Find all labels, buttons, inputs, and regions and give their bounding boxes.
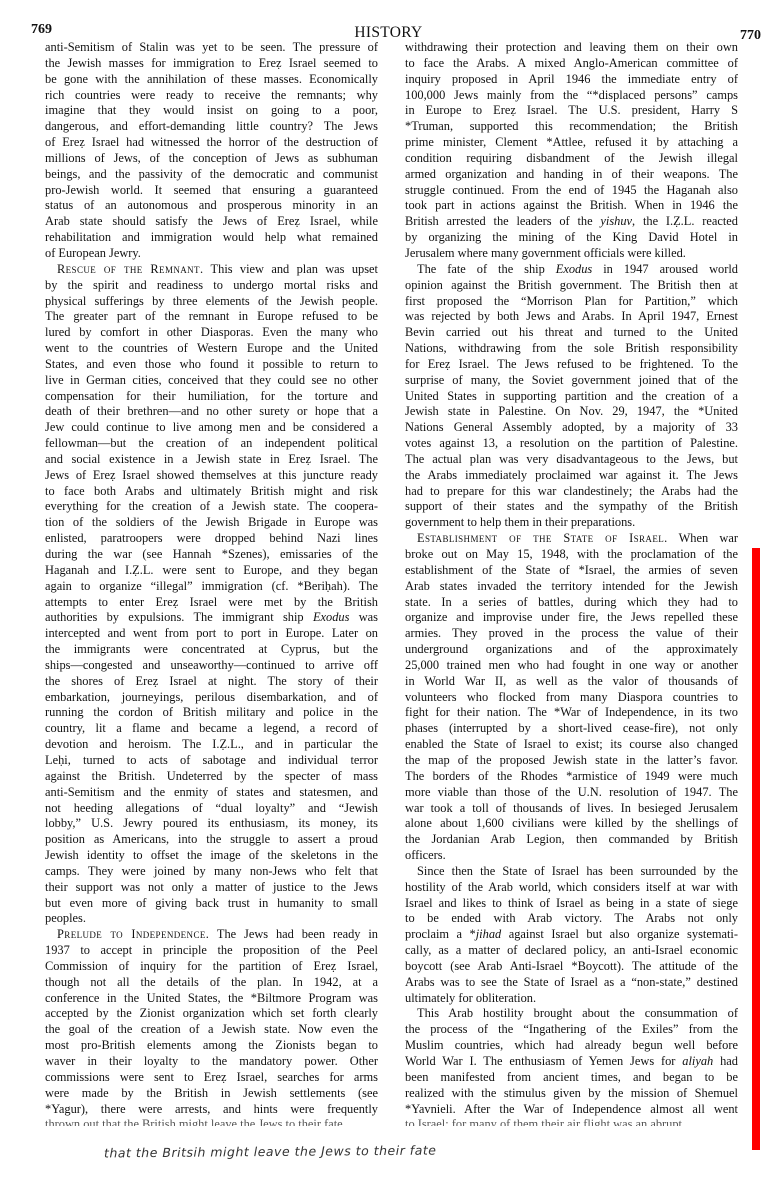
text-line: Leḥi, turned to acts of sabotage and ind… (45, 753, 378, 769)
text-line: lured by comfort in other Diasporas. Eve… (45, 325, 378, 341)
text-line: realized with the stimulus given by the … (405, 1086, 738, 1102)
text-line: the Jewish masses for immigration to Ere… (45, 56, 378, 72)
line-text: The greater part of the remnant in Europ… (45, 309, 378, 323)
text-line: tion of the soldiers of the Jewish Briga… (45, 515, 378, 531)
line-text: The actual plan was very disadvantageous… (405, 452, 738, 466)
text-line: 100,000 Jews mainly from the “*displaced… (405, 88, 738, 104)
line-text: The fate of the ship (417, 262, 556, 276)
text-line: went to the countries of Western Europe … (45, 341, 378, 357)
line-text: the shores of Ereẓ Israel at night. The … (45, 674, 378, 688)
text-line: Arab state should satisfy the Jews of Er… (45, 214, 378, 230)
line-text: of European Jewry. (45, 246, 141, 260)
line-text: live in German cities, conceived that th… (45, 373, 378, 387)
text-line: thrown out that the British might leave … (45, 1117, 378, 1126)
line-text: underground organizations and of the app… (405, 642, 738, 656)
text-line: the Arabs immediately proclaimed war aga… (405, 468, 738, 484)
line-text: fellowman—but the creation of an indepen… (45, 436, 378, 450)
text-line: to Israel; for many of them their air fl… (405, 1117, 738, 1126)
text-line: their support was not only a matter of j… (45, 880, 378, 896)
line-text: hostility of the Arab world, which consi… (405, 880, 738, 894)
line-text: more viable than those of the U.N. resol… (405, 785, 738, 799)
line-text: status of an autonomous and prosperous m… (45, 198, 378, 212)
line-text: government to help them in their prepara… (405, 515, 635, 529)
line-text: to be ended with Arab victory. The Arabs… (405, 911, 738, 925)
section-heading: Prelude to Independence. (57, 927, 209, 941)
text-line: devotion and heroism. The I.Ẓ.L., and in… (45, 737, 378, 753)
line-text: lobby,” U.S. Jewry poured its enthusiasm… (45, 816, 378, 830)
line-text: lured by comfort in other Diasporas. Eve… (45, 325, 378, 339)
line-text: Jewish identity to offset the image of t… (45, 848, 378, 862)
line-text: beings, and the passivity of the democra… (45, 167, 378, 181)
line-text: officers. (405, 848, 446, 862)
text-line: in Europe to Ereẓ Israel. The U.S. presi… (405, 103, 738, 119)
text-line: death of their brethren—and no other sur… (45, 404, 378, 420)
text-line: position as Americans, into the struggle… (45, 832, 378, 848)
line-text: inquiry proposed in April 1946 the immed… (405, 72, 738, 86)
text-line: pro-Jewish world. It seemed that ensurin… (45, 183, 378, 199)
text-line: Jewish identity to offset the image of t… (45, 848, 378, 864)
line-text: Arab state should satisfy the Jews of Er… (45, 214, 378, 228)
line-text: Jews of Ereẓ Israel showed themselves at… (45, 468, 378, 482)
line-text: the Arabs immediately proclaimed war aga… (405, 468, 738, 482)
text-line: The fate of the ship Exodus in 1947 arou… (405, 262, 738, 278)
line-text: Haganah and I.Ẓ.L. were sent to Europe, … (45, 563, 378, 577)
line-text: of Ereẓ Israel had witnessed the horror … (45, 135, 378, 149)
text-line: though not all the details of the plan. … (45, 975, 378, 991)
line-text: had (713, 1054, 738, 1068)
line-text: camps. They were joined by many non-Jews… (45, 864, 378, 878)
line-text: physical sufferings by three elements of… (45, 294, 378, 308)
line-text: Bevin carried out his threat and turned … (405, 325, 738, 339)
line-text: volunteers who flocked from many Diaspor… (405, 690, 738, 704)
line-text: Jew could continue to live among men and… (45, 420, 378, 434)
page-header: 769 HISTORY 770 (0, 0, 777, 40)
line-text: had to prepare for this war clandestinel… (405, 484, 738, 498)
text-line: the map of the proposed Jewish state in … (405, 753, 738, 769)
line-text: their support was not only a matter of j… (45, 880, 378, 894)
text-line: proclaim a *jihad against Israel but als… (405, 927, 738, 943)
text-line: boycott (see Arab Anti-Israel *Boycott).… (405, 959, 738, 975)
line-text: accepted by the Zionist organization whi… (45, 1006, 378, 1020)
line-text: *Yagur), there were arrests, and hints w… (45, 1102, 378, 1116)
text-line: Commission of inquiry for the partition … (45, 959, 378, 975)
text-line: This Arab hostility brought about the co… (405, 1006, 738, 1022)
text-line: in World War II, as well as the valor of… (405, 674, 738, 690)
text-line: the immigrants were concentrated at Cypr… (45, 642, 378, 658)
line-text: the goal of the creation of a Jewish sta… (45, 1022, 378, 1036)
line-text: though not all the details of the plan. … (45, 975, 378, 989)
text-line: rehabilitation and immigration would hel… (45, 230, 378, 246)
line-text: 1937 to accept in principle the proposit… (45, 943, 378, 957)
text-line: underground organizations and of the app… (405, 642, 738, 658)
line-text: *Yavnieli. After the War of Independence… (405, 1102, 738, 1116)
line-text: the Jewish masses for immigration to Ere… (45, 56, 378, 70)
text-line: Israel and likes to think of Israel as b… (405, 896, 738, 912)
line-text: state. In a series of battles, during wh… (405, 595, 738, 609)
text-line: Arab states invaded the territory intend… (405, 579, 738, 595)
line-text: 100,000 Jews mainly from the “*displaced… (405, 88, 738, 102)
line-text: enabled the State of Israel to exist; it… (405, 737, 738, 751)
text-line: enabled the State of Israel to exist; it… (405, 737, 738, 753)
line-text: World War I. The enthusiasm of Yemen Jew… (405, 1054, 682, 1068)
text-line: beings, and the passivity of the democra… (45, 167, 378, 183)
line-text: in Europe to Ereẓ Israel. The U.S. presi… (405, 103, 738, 117)
line-text: boycott (see Arab Anti-Israel *Boycott).… (405, 959, 738, 973)
line-text: be gone with the annihilation of these m… (45, 72, 378, 86)
line-text: votes against 13, a resolution on the pa… (405, 436, 738, 450)
text-column-right: withdrawing their protection and leaving… (405, 40, 738, 1126)
line-text: support of their states and the sympathy… (405, 499, 738, 513)
line-text: the map of the proposed Jewish state in … (405, 753, 738, 767)
text-line: ultimately for obliteration. (405, 991, 738, 1007)
line-text: authorities by expulsions. The immigrant… (45, 610, 313, 624)
text-line: prime minister, Clement *Attlee, refused… (405, 135, 738, 151)
line-text: in World War II, as well as the valor of… (405, 674, 738, 688)
text-line: The greater part of the remnant in Europ… (45, 309, 378, 325)
text-line: The borders of the Rhodes *armistice of … (405, 769, 738, 785)
text-line: to face the Arabs. A mixed Anglo-America… (405, 56, 738, 72)
text-line: Rescue of the Remnant. This view and pla… (45, 262, 378, 278)
text-line: more viable than those of the U.N. resol… (405, 785, 738, 801)
line-text: Nations, withdrawing from the sole Briti… (405, 341, 738, 355)
line-text: most pro-British elements among the Zion… (45, 1038, 378, 1052)
line-text: attempts to enter Ereẓ Israel were met b… (45, 595, 378, 609)
line-text: embarkation, journeyings, perilous disem… (45, 690, 378, 704)
line-text: war took a toll of thousands of lives. I… (405, 801, 738, 815)
line-text: waver in their loyalty to the mandatory … (45, 1054, 378, 1068)
line-text: *Truman, supported this recommendation; … (405, 119, 738, 133)
line-text: by the spirit and readiness to undergo m… (45, 278, 378, 292)
line-text: struggle continued. From the end of 1945… (405, 183, 738, 197)
text-line: *Yagur), there were arrests, and hints w… (45, 1102, 378, 1118)
line-text: ultimately for obliteration. (405, 991, 536, 1005)
italic-term: Exodus (313, 610, 349, 624)
line-text: Since then the State of Israel has been … (417, 864, 738, 878)
line-text: enlisted, paratroopers were dropped behi… (45, 531, 378, 545)
line-text: organize and improvise under fire, the J… (405, 610, 738, 624)
line-text: surprise of many, the Soviet government … (405, 373, 738, 387)
text-line: Haganah and I.Ẓ.L. were sent to Europe, … (45, 563, 378, 579)
line-text: first proposed the “Morrison Plan for Pa… (405, 294, 738, 308)
section-heading: Establishment of the State of Israel. (417, 531, 668, 545)
text-line: to be ended with Arab victory. The Arabs… (405, 911, 738, 927)
line-text: Commission of inquiry for the partition … (45, 959, 378, 973)
text-line: embarkation, journeyings, perilous disem… (45, 690, 378, 706)
text-line: *Truman, supported this recommendation; … (405, 119, 738, 135)
text-line: dangerous, and effort-demanding little c… (45, 119, 378, 135)
line-text: against the British. Undeterred by the s… (45, 769, 378, 783)
text-line: officers. (405, 848, 738, 864)
text-line: phases (interrupted by a short-lived cea… (405, 721, 738, 737)
text-line: government to help them in their prepara… (405, 515, 738, 531)
line-text: Jerusalem where many government official… (405, 246, 686, 260)
text-line: alone about 1,600 civilians were killed … (405, 816, 738, 832)
line-text: cally, as a matter of declared policy, a… (405, 943, 738, 957)
line-text: armed organization and handing in of the… (405, 167, 738, 181)
line-text: prime minister, Clement *Attlee, refused… (405, 135, 738, 149)
line-text: dangerous, and effort-demanding little c… (45, 119, 378, 133)
text-line: be gone with the annihilation of these m… (45, 72, 378, 88)
line-text: compensation for their humiliation, for … (45, 389, 378, 403)
italic-term: yishuv (600, 214, 632, 228)
text-line: status of an autonomous and prosperous m… (45, 198, 378, 214)
text-line: condition requiring disbandment of the J… (405, 151, 738, 167)
line-text: ships—congested and unseaworthy—continue… (45, 658, 378, 672)
text-line: rich countries were ready to receive the… (45, 88, 378, 104)
text-line: were made by the British in Jewish settl… (45, 1086, 378, 1102)
text-line: anti-Semitism of Stalin was yet to be se… (45, 40, 378, 56)
text-line: been manifested from ancient times, and … (405, 1070, 738, 1086)
line-text: conference in the United States, the *Bi… (45, 991, 378, 1005)
line-text: but even more of giving back trust in hu… (45, 896, 378, 910)
line-text: Muslim countries, which had already begu… (405, 1038, 738, 1052)
line-text: anti-Semitism of Stalin was yet to be se… (45, 40, 378, 54)
text-line: imagine that they would insist on going … (45, 103, 378, 119)
text-line: armed organization and handing in of the… (405, 167, 738, 183)
line-text: armies. They proved in the process the v… (405, 626, 738, 640)
text-line: of European Jewry. (45, 246, 378, 262)
line-text: , the I.Ẓ.L. reacted (632, 214, 738, 228)
text-line: hostility of the Arab world, which consi… (405, 880, 738, 896)
text-line: camps. They were joined by many non-Jews… (45, 864, 378, 880)
line-text: running the cordon of British military a… (45, 705, 378, 719)
handwritten-annotation: that the Britsih might leave the Jews to… (104, 1143, 437, 1161)
text-line: broke out on May 15, 1948, with the proc… (405, 547, 738, 563)
line-text: thrown out that the British might leave … (45, 1117, 343, 1126)
text-line: country, lit a flame and became a legend… (45, 721, 378, 737)
text-line: for Ereẓ Israel. The Jews refused to be … (405, 357, 738, 373)
line-text: When war (668, 531, 738, 545)
text-line: enlisted, paratroopers were dropped behi… (45, 531, 378, 547)
line-text: by organizing the mining of the King Dav… (405, 230, 738, 244)
italic-term: aliyah (682, 1054, 713, 1068)
text-line: armies. They proved in the process the v… (405, 626, 738, 642)
line-text: withdrawing their protection and leaving… (405, 40, 738, 54)
line-text: imagine that they would insist on going … (45, 103, 378, 117)
text-line: by organizing the mining of the King Dav… (405, 230, 738, 246)
text-line: Nations General Assembly adopted, by a m… (405, 420, 738, 436)
line-text: the Jordanian Arab Legion, then commande… (405, 832, 738, 846)
text-line: States, and even those who found it poss… (45, 357, 378, 373)
text-line: peoples. (45, 911, 378, 927)
line-text: The borders of the Rhodes *armistice of … (405, 769, 738, 783)
line-text: pro-Jewish world. It seemed that ensurin… (45, 183, 378, 197)
text-line: running the cordon of British military a… (45, 705, 378, 721)
line-text: proclaim a * (405, 927, 476, 941)
line-text: broke out on May 15, 1948, with the proc… (405, 547, 738, 561)
text-line: lobby,” U.S. Jewry poured its enthusiasm… (45, 816, 378, 832)
line-text: Leḥi, turned to acts of sabotage and ind… (45, 753, 378, 767)
line-text: condition requiring disbandment of the J… (405, 151, 738, 165)
line-text: alone about 1,600 civilians were killed … (405, 816, 738, 830)
line-text: and social existence in a Jewish state i… (45, 452, 378, 466)
text-line: to face both Arabs and ultimately Britis… (45, 484, 378, 500)
line-text: the immigrants were concentrated at Cypr… (45, 642, 378, 656)
line-text: rich countries were ready to receive the… (45, 88, 378, 102)
text-line: but even more of giving back trust in hu… (45, 896, 378, 912)
line-text: for Ereẓ Israel. The Jews refused to be … (405, 357, 738, 371)
text-line: most pro-British elements among the Zion… (45, 1038, 378, 1054)
text-line: Arabs was to see the State of Israel as … (405, 975, 738, 991)
line-text: 25,000 trained men who had fought in one… (405, 658, 738, 672)
text-line: volunteers who flocked from many Diaspor… (405, 690, 738, 706)
text-line: ships—congested and unseaworthy—continue… (45, 658, 378, 674)
text-line: the goal of the creation of a Jewish sta… (45, 1022, 378, 1038)
text-line: struggle continued. From the end of 1945… (405, 183, 738, 199)
text-line: the process of the “Ingathering of the E… (405, 1022, 738, 1038)
text-line: Muslim countries, which had already begu… (405, 1038, 738, 1054)
text-line: The actual plan was very disadvantageous… (405, 452, 738, 468)
text-line: intercepted and went from port to port i… (45, 626, 378, 642)
line-text: This Arab hostility brought about the co… (417, 1006, 738, 1020)
line-text: country, lit a flame and became a legend… (45, 721, 378, 735)
line-text: commissions were sent to Ereẓ Israel, se… (45, 1070, 378, 1084)
line-text: Arab states invaded the territory intend… (405, 579, 738, 593)
text-line: attempts to enter Ereẓ Israel were met b… (45, 595, 378, 611)
text-line: Jews of Ereẓ Israel showed themselves at… (45, 468, 378, 484)
text-line: compensation for their humiliation, for … (45, 389, 378, 405)
text-line: live in German cities, conceived that th… (45, 373, 378, 389)
text-line: United States in supporting partition an… (405, 389, 738, 405)
text-line: surprise of many, the Soviet government … (405, 373, 738, 389)
text-line: commissions were sent to Ereẓ Israel, se… (45, 1070, 378, 1086)
text-line: Nations, withdrawing from the sole Briti… (405, 341, 738, 357)
line-text: again to organize “illegal” immigration … (45, 579, 378, 593)
text-line: British arrested the leaders of the yish… (405, 214, 738, 230)
line-text: Israel and likes to think of Israel as b… (405, 896, 738, 910)
line-text: position as Americans, into the struggle… (45, 832, 378, 846)
line-text: everything for the creation of a Jewish … (45, 499, 378, 513)
line-text: Nations General Assembly adopted, by a m… (405, 420, 738, 434)
text-line: again to organize “illegal” immigration … (45, 579, 378, 595)
line-text: peoples. (45, 911, 86, 925)
text-line: and social existence in a Jewish state i… (45, 452, 378, 468)
text-line: state. In a series of battles, during wh… (405, 595, 738, 611)
text-line: opinion against the British government. … (405, 278, 738, 294)
text-line: the Jordanian Arab Legion, then commande… (405, 832, 738, 848)
text-line: conference in the United States, the *Bi… (45, 991, 378, 1007)
line-text: intercepted and went from port to port i… (45, 626, 378, 640)
text-line: authorities by expulsions. The immigrant… (45, 610, 378, 626)
line-text: anti-Semitism and the enmity of states a… (45, 785, 378, 799)
text-line: 1937 to accept in principle the proposit… (45, 943, 378, 959)
text-line: establishment of the State of *Israel, t… (405, 563, 738, 579)
line-text: devotion and heroism. The I.Ẓ.L., and in… (45, 737, 378, 751)
text-line: was rejected by both Jews and Arabs. In … (405, 309, 738, 325)
text-line: everything for the creation of a Jewish … (45, 499, 378, 515)
line-text: millions of Jews, of the conception of J… (45, 151, 378, 165)
text-line: waver in their loyalty to the mandatory … (45, 1054, 378, 1070)
text-line: during the war (see Hannah *Szenes), emi… (45, 547, 378, 563)
line-text: rehabilitation and immigration would hel… (45, 230, 378, 244)
line-text: during the war (see Hannah *Szenes), emi… (45, 547, 378, 561)
line-text: was rejected by both Jews and Arabs. In … (405, 309, 738, 323)
line-text: The Jews had been ready in (209, 927, 378, 941)
text-line: World War I. The enthusiasm of Yemen Jew… (405, 1054, 738, 1070)
text-line: not heeding allegations of “dual loyalty… (45, 801, 378, 817)
text-line: accepted by the Zionist organization whi… (45, 1006, 378, 1022)
line-text: fight for their nation. The *War of Inde… (405, 705, 738, 719)
line-text: the process of the “Ingathering of the E… (405, 1022, 738, 1036)
line-text: Jewish state in Palestine. On Nov. 29, 1… (405, 404, 738, 418)
line-text: was (349, 610, 378, 624)
text-line: fellowman—but the creation of an indepen… (45, 436, 378, 452)
text-line: took part in actions against the British… (405, 198, 738, 214)
line-text: This view and plan was upset (203, 262, 378, 276)
text-line: of Ereẓ Israel had witnessed the horror … (45, 135, 378, 151)
line-text: went to the countries of Western Europe … (45, 341, 378, 355)
text-line: anti-Semitism and the enmity of states a… (45, 785, 378, 801)
line-text: tion of the soldiers of the Jewish Briga… (45, 515, 378, 529)
text-line: by the spirit and readiness to undergo m… (45, 278, 378, 294)
line-text: States, and even those who found it poss… (45, 357, 378, 371)
text-line: *Yavnieli. After the War of Independence… (405, 1102, 738, 1118)
line-text: not heeding allegations of “dual loyalty… (45, 801, 378, 815)
text-line: votes against 13, a resolution on the pa… (405, 436, 738, 452)
italic-term: jihad (476, 927, 501, 941)
text-line: Prelude to Independence. The Jews had be… (45, 927, 378, 943)
line-text: British arrested the leaders of the (405, 214, 600, 228)
line-text: took part in actions against the British… (405, 198, 738, 212)
line-text: against Israel but also organize systema… (501, 927, 738, 941)
text-line: inquiry proposed in April 1946 the immed… (405, 72, 738, 88)
text-line: Establishment of the State of Israel. Wh… (405, 531, 738, 547)
line-text: in 1947 aroused world (592, 262, 738, 276)
line-text: United States in supporting partition an… (405, 389, 738, 403)
text-column-left: anti-Semitism of Stalin was yet to be se… (45, 40, 378, 1126)
text-line: withdrawing their protection and leaving… (405, 40, 738, 56)
line-text: death of their brethren—and no other sur… (45, 404, 378, 418)
line-text: opinion against the British government. … (405, 278, 738, 292)
text-line: organize and improvise under fire, the J… (405, 610, 738, 626)
section-heading: Rescue of the Remnant. (57, 262, 203, 276)
line-text: to face both Arabs and ultimately Britis… (45, 484, 378, 498)
text-line: cally, as a matter of declared policy, a… (405, 943, 738, 959)
text-line: war took a toll of thousands of lives. I… (405, 801, 738, 817)
text-line: millions of Jews, of the conception of J… (45, 151, 378, 167)
text-line: Jew could continue to live among men and… (45, 420, 378, 436)
text-line: had to prepare for this war clandestinel… (405, 484, 738, 500)
line-text: to face the Arabs. A mixed Anglo-America… (405, 56, 738, 70)
line-text: realized with the stimulus given by the … (405, 1086, 738, 1100)
line-text: establishment of the State of *Israel, t… (405, 563, 738, 577)
line-text: been manifested from ancient times, and … (405, 1070, 738, 1084)
text-line: Jewish state in Palestine. On Nov. 29, 1… (405, 404, 738, 420)
text-line: support of their states and the sympathy… (405, 499, 738, 515)
line-text: were made by the British in Jewish settl… (45, 1086, 378, 1100)
text-line: fight for their nation. The *War of Inde… (405, 705, 738, 721)
text-line: first proposed the “Morrison Plan for Pa… (405, 294, 738, 310)
text-line: 25,000 trained men who had fought in one… (405, 658, 738, 674)
line-text: to Israel; for many of them their air fl… (405, 1117, 682, 1126)
line-text: phases (interrupted by a short-lived cea… (405, 721, 738, 735)
text-line: Since then the State of Israel has been … (405, 864, 738, 880)
text-line: Bevin carried out his threat and turned … (405, 325, 738, 341)
text-line: against the British. Undeterred by the s… (45, 769, 378, 785)
line-text: Arabs was to see the State of Israel as … (405, 975, 738, 989)
italic-term: Exodus (556, 262, 592, 276)
page-number-right: 770 (740, 28, 761, 44)
text-line: physical sufferings by three elements of… (45, 294, 378, 310)
text-line: Jerusalem where many government official… (405, 246, 738, 262)
margin-highlight-bar (752, 548, 760, 1150)
text-line: the shores of Ereẓ Israel at night. The … (45, 674, 378, 690)
